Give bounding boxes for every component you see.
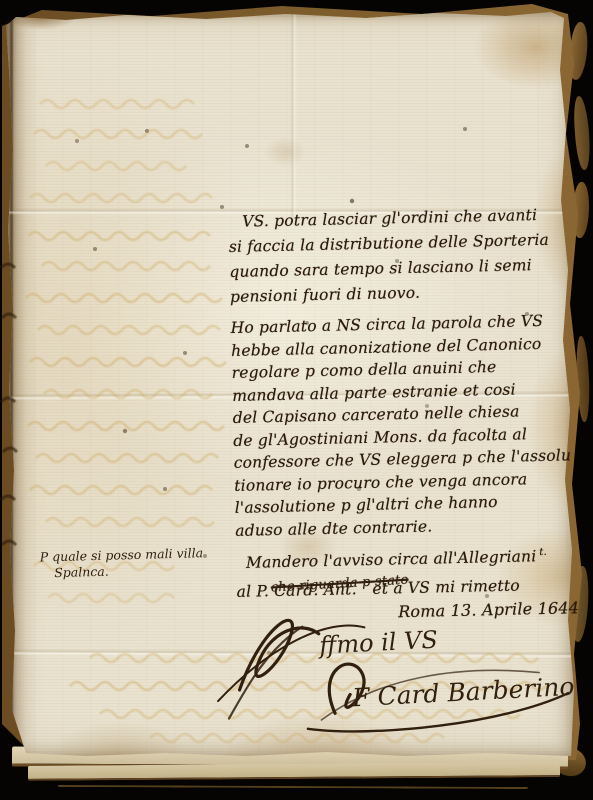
page-edge-chip [572,96,591,171]
paragraph: Ho parlato a NS circa la parola che VS h… [230,309,579,542]
superscript-mark: t. [539,547,547,558]
signature-name-text: F Card Barberino [351,672,576,713]
foxing-spots [6,10,8,12]
scanned-document: VS. potra lasciar gl'ordini che avanti s… [0,0,593,800]
page-stack-strip [58,775,528,789]
letter-body: VS. potra lasciar gl'ordini che avanti s… [228,202,581,627]
paragraph: VS. potra lasciar gl'ordini che avanti s… [228,202,574,310]
signature-name: F Card Barberino [288,636,584,743]
fold-crease-vertical [290,14,297,219]
margin-note: P quale si posso mali villa Spalnca. [40,545,231,582]
